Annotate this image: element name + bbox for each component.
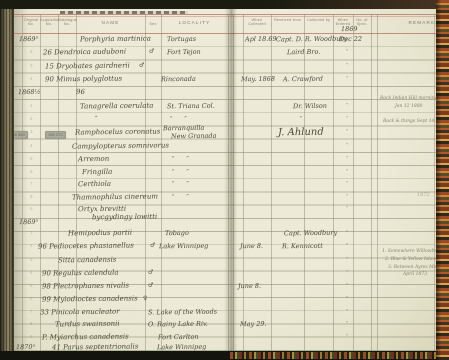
locality-ditto: ″ ″	[172, 156, 189, 163]
when-cell: May 29.	[240, 321, 267, 328]
catalog-stamp: 960 270	[45, 131, 66, 139]
remark-note: Back Indian Hill morning	[380, 96, 438, 103]
line-no: 2	[30, 243, 33, 248]
name-cell: Hemipodius partii	[68, 230, 132, 238]
name-cell: Sitta canadensis	[58, 257, 116, 265]
entered-cell: Dec 22	[339, 36, 362, 43]
sex-cell: ♂	[149, 49, 154, 56]
spec-tick: ″	[346, 321, 348, 327]
table-row: 1869⁵ Porphyria martinica Tortugas Apl 1…	[0, 36, 449, 49]
name-cell: 90 Regulus calendula	[42, 270, 119, 279]
line-no: 2	[30, 49, 33, 54]
sex-cell: ♂	[139, 63, 144, 70]
year-cell: 1869⁵	[19, 36, 38, 43]
locality-ditto: ″ ″	[170, 116, 187, 123]
table-row: 7 Certhiola ″ ″ ″	[0, 181, 449, 194]
name-cell: 99 Myiodioctes canadensis	[42, 295, 138, 304]
line-no: 4	[30, 143, 33, 148]
locality-cell: Lake Winnipeg	[159, 243, 208, 251]
when-cell: June 8.	[240, 243, 263, 250]
line-no: 5	[30, 156, 33, 161]
table-row: 5 98 Plectrophanes nivalis ♂ June 8. ″	[0, 283, 449, 296]
locality-cell: Rinconada	[161, 76, 196, 84]
line-no: 4	[30, 270, 33, 275]
line-no: 1	[30, 230, 33, 235]
line-no: 7	[30, 181, 33, 186]
name-cell: Tanagrella coerulata	[80, 103, 153, 112]
remark-note: Jan 12 1880	[395, 104, 422, 111]
name-cell: Campylopterus somnivorus	[72, 142, 169, 151]
line-no: 6	[30, 169, 33, 174]
pencil-year-note: 1872	[417, 192, 430, 198]
page-stack-edge	[230, 352, 449, 359]
table-row: 6 99 Myiodioctes canadensis ♀ ″	[0, 296, 449, 309]
locality-cell: S. Lake of the Woods	[148, 309, 217, 317]
year-note: 1869	[341, 26, 358, 33]
colhead-sex: Sex	[145, 22, 161, 26]
name-cell: 96 Pediocetes phasianellus	[38, 242, 134, 251]
spec-tick: ″	[346, 230, 348, 236]
table-row: 4 90 Regulus calendula ♂ ″	[0, 270, 449, 283]
colhead-original-no: Original No.	[22, 18, 40, 26]
locality-cell: St. Triana Col.	[167, 103, 215, 111]
name-cell: P. Myiarchus canadensis	[42, 333, 129, 342]
name-cell: Thamnophilus cinereum	[72, 193, 158, 202]
table-row: 2 96 Pediocetes phasianellus ♂ Lake Winn…	[0, 243, 449, 256]
spec-tick: ″	[346, 49, 348, 55]
locality-cell2: New Granada	[171, 133, 217, 141]
table-row: 5 Arremon ″ ″ ″	[0, 156, 449, 169]
marbled-fore-edge	[436, 0, 449, 360]
line-no: 2	[30, 116, 33, 121]
cutoff-print-smudge	[60, 11, 188, 14]
name-cell: 33 Pinicola enucleator	[40, 309, 120, 318]
name-ditto: ″	[95, 116, 98, 124]
name-cell: Arremon	[78, 156, 109, 164]
table-row: 1 Hemipodius partii Tobago Capt. Woodbur…	[0, 230, 449, 243]
year-cell: 1868½	[18, 89, 41, 96]
spec-tick: ″	[346, 283, 348, 289]
name-cell: 90 Mimus polyglottus	[45, 76, 122, 85]
table-row: 8 Turdus swainsonii O. Rainy Lake Riv. M…	[0, 321, 449, 334]
line-no: 8	[30, 194, 33, 199]
table-row: 3 Ramphocelus coronatus Barranquilla New…	[0, 129, 449, 142]
line-no: 9	[30, 206, 33, 211]
colhead-locality: LOCALITY	[161, 21, 228, 25]
name-cell: 98 Plectrophanes nivalis	[42, 282, 129, 291]
sex-cell: ♂	[150, 243, 155, 250]
from-cell: A. Crawford	[283, 76, 323, 84]
colhead-catalogue-no: Catalogue No.	[58, 18, 76, 26]
spec-tick: ″	[346, 296, 348, 302]
table-row: 4 90 Mimus polyglottus Rinconada May. 18…	[0, 76, 449, 89]
locality-ditto: ″ ″	[172, 194, 189, 201]
table-row: 2 ″ ″ ″ ″ ″	[0, 116, 449, 129]
name-cell-line2: bycgydingy lowitti	[92, 214, 157, 222]
locality-cell: Tortugas	[167, 36, 196, 43]
book-binding-edge	[0, 0, 14, 360]
line-no: 3	[30, 63, 33, 68]
line-no: 8	[30, 321, 33, 326]
spec-tick: ″	[346, 206, 348, 212]
locality-cell: O. Rainy Lake Riv.	[148, 321, 208, 329]
when-cell: Apl 18.69	[245, 36, 277, 44]
name-cell: 96	[76, 89, 85, 97]
table-row: 2 26 Dendroica auduboni ♂ Fort Tejon Lai…	[0, 49, 449, 62]
spec-tick: ″	[346, 129, 348, 135]
colhead-collected-by: Collected by	[304, 18, 333, 22]
locality-cell: Fort Tejon	[167, 49, 201, 57]
name-cell: Fringilla	[82, 169, 112, 177]
spec-tick: ″	[346, 103, 348, 109]
name-cell: Turdus swainsonii	[55, 321, 120, 329]
locality-cell: Fort Carlton	[158, 334, 199, 342]
line-no: 3	[30, 257, 33, 262]
line-no: 4	[30, 76, 33, 81]
sex-cell: ♀	[143, 296, 147, 303]
name-cell: 15 Dryobates gairdnerii	[45, 62, 130, 71]
spec-tick: ″	[346, 63, 348, 69]
name-cell: Certhiola	[78, 181, 111, 189]
line-no: 9	[30, 334, 33, 339]
spec-tick: ″	[346, 169, 348, 175]
colhead-name: NAME	[76, 21, 145, 25]
from-ditto: ″	[300, 116, 303, 123]
table-row: 1 Tanagrella coerulata St. Triana Col. D…	[0, 103, 449, 116]
spec-tick: ″	[346, 181, 348, 187]
table-row: 9 Ortyx brevitti bycgydingy lowitti 1869…	[0, 206, 449, 219]
sex-cell: ♂	[148, 270, 153, 277]
spec-tick: ″	[346, 194, 348, 200]
locality-ditto: ″ ″	[172, 169, 189, 176]
spec-tick: ″	[346, 309, 348, 315]
colhead-acquisition-no: Acquisition No.	[40, 18, 58, 26]
spec-tick: ″	[346, 76, 348, 82]
from-cell: Capt. D. R. Woodbury	[276, 36, 347, 44]
line-no: 1	[30, 103, 33, 108]
table-row: 3 15 Dryobates gairdnerii ♂ ″	[0, 63, 449, 76]
name-cell: Ramphocelus coronatus	[75, 128, 160, 137]
from-cell: Capt. Woodbury	[284, 230, 337, 238]
spec-tick: ″	[346, 116, 348, 122]
spec-tick: ″	[346, 334, 348, 340]
colhead-received-from: Received from	[271, 18, 304, 22]
from-cell: Laird Bro.	[287, 49, 320, 57]
when-cell: June 8.	[238, 283, 261, 290]
spec-tick: ″	[346, 243, 348, 249]
sex-cell: ♂	[148, 283, 153, 290]
spec-tick: ″	[346, 257, 348, 263]
from-signature: J. Ahlund	[278, 127, 324, 139]
line-no: 3	[30, 129, 33, 134]
locality-ditto: ″ ″	[172, 181, 189, 188]
locality-cell: Tobago	[165, 230, 189, 237]
name-cell: 26 Dendroica auduboni	[43, 48, 126, 57]
when-cell: May. 1868	[241, 76, 275, 84]
spec-tick: ″	[346, 270, 348, 276]
ledger-photo: Original No. Acquisition No. Catalogue N…	[0, 0, 449, 360]
spec-tick: ″	[346, 156, 348, 162]
table-row: 4 Campylopterus somnivorus ″	[0, 143, 449, 156]
table-row: 3 Sitta canadensis ″	[0, 257, 449, 270]
colhead-when-collected: When Collected	[243, 18, 271, 26]
name-cell: Porphyria martinica	[80, 36, 151, 45]
year-cell: 1869⁵	[19, 219, 38, 226]
line-no: 6	[30, 296, 33, 301]
line-no: 5	[30, 283, 33, 288]
photo-top-edge	[0, 0, 449, 9]
from-cell: R. Kennicott	[282, 243, 323, 251]
from-cell: Dr. Wilson	[293, 103, 327, 111]
line-no: 7	[30, 309, 33, 314]
spec-tick: ″	[346, 143, 348, 149]
